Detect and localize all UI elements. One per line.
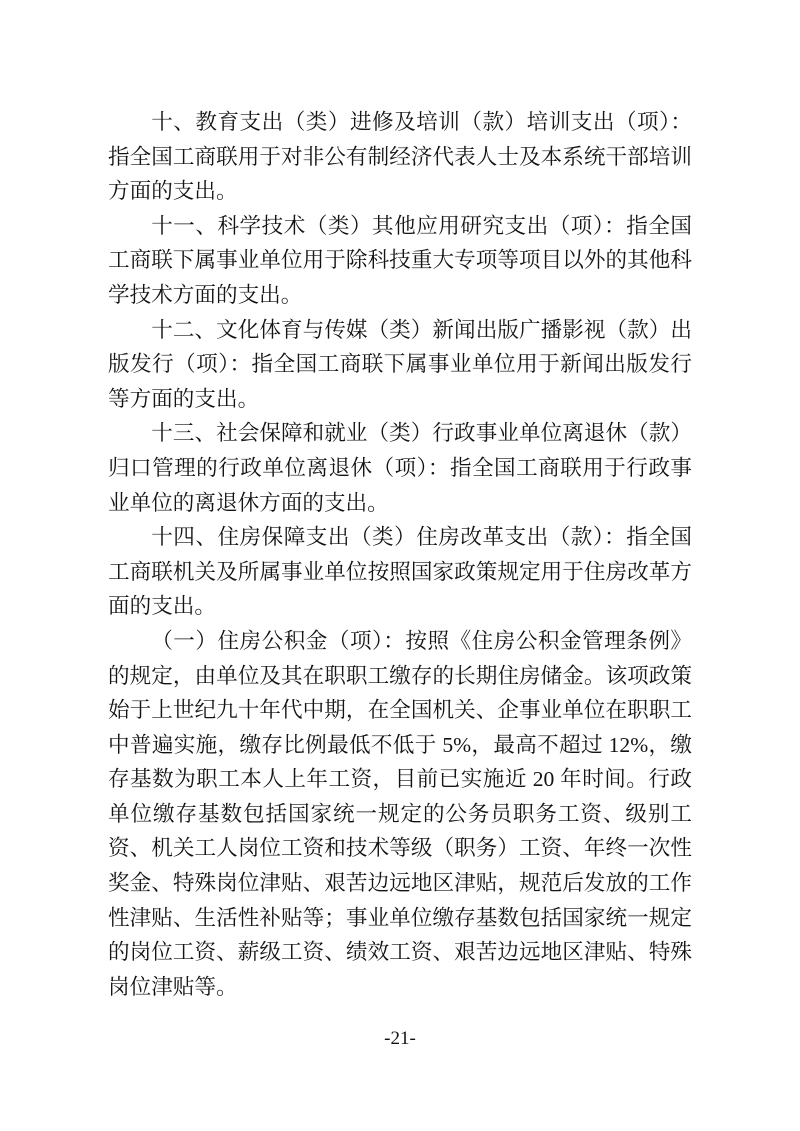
paragraph-housing-security-expenditure: 十四、住房保障支出（类）住房改革支出（款）：指全国工商联机关及所属事业单位按照国… <box>108 520 692 624</box>
paragraph-housing-fund-detail: （一）住房公积金（项）：按照《住房公积金管理条例》的规定，由单位及其在职职工缴存… <box>108 624 692 1005</box>
paragraph-culture-media-expenditure: 十二、文化体育与传媒（类）新闻出版广播影视（款）出版发行（项）：指全国工商联下属… <box>108 313 692 417</box>
document-body: 十、教育支出（类）进修及培训（款）培训支出（项）：指全国工商联用于对非公有制经济… <box>108 105 692 1004</box>
paragraph-science-technology-expenditure: 十一、科学技术（类）其他应用研究支出（项）：指全国工商联下属事业单位用于除科技重… <box>108 209 692 313</box>
document-page: 十、教育支出（类）进修及培训（款）培训支出（项）：指全国工商联用于对非公有制经济… <box>0 0 800 1131</box>
paragraph-education-expenditure: 十、教育支出（类）进修及培训（款）培训支出（项）：指全国工商联用于对非公有制经济… <box>108 105 692 209</box>
page-number: -21- <box>0 1025 800 1053</box>
paragraph-social-security-expenditure: 十三、社会保障和就业（类）行政事业单位离退休（款）归口管理的行政单位离退休（项）… <box>108 416 692 520</box>
